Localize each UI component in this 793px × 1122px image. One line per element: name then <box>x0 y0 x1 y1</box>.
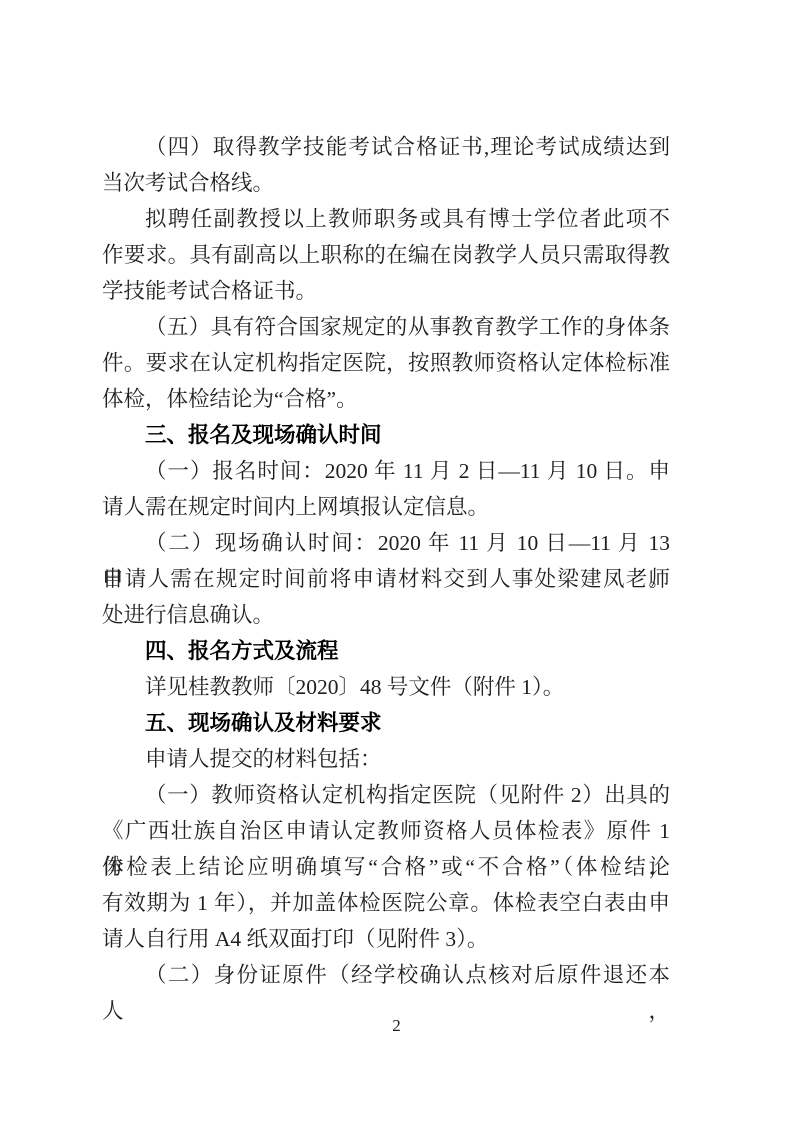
text-line: 拟聘任副教授以上教师职务或具有博士学位者此项不 <box>102 201 670 237</box>
text-line: （四）取得教学技能考试合格证书,理论考试成绩达到 <box>102 129 670 165</box>
text-line: 处进行信息确认。 <box>102 597 670 633</box>
text-line: 作要求。具有副高以上职称的在编在岗教学人员只需取得教 <box>102 237 670 273</box>
text-line: 学技能考试合格证书。 <box>102 273 670 309</box>
text-line: （一）教师资格认定机构指定医院（见附件 2）出具的 <box>102 777 670 813</box>
text-line: 当次考试合格线。 <box>102 165 670 201</box>
text-line: （二）身份证原件（经学校确认点核对后原件退还本人， <box>102 957 670 993</box>
text-line: 《广西壮族自治区申请认定教师资格人员体检表》原件 1 份， <box>102 813 670 849</box>
text-line: （五）具有符合国家规定的从事教育教学工作的身体条 <box>102 309 670 345</box>
section-heading: 三、报名及现场确认时间 <box>102 417 670 453</box>
text-line: 请人需在规定时间内上网填报认定信息。 <box>102 489 670 525</box>
text-line: 体检，体检结论为“合格”。 <box>102 381 670 417</box>
text-line: 请人自行用 A4 纸双面打印（见附件 3）。 <box>102 921 670 957</box>
section-heading: 五、现场确认及材料要求 <box>102 705 670 741</box>
text-line: 体检表上结论应明确填写“合格”或“不合格”（体检结论 <box>102 849 670 885</box>
text-line: 申请人提交的材料包括： <box>102 741 670 777</box>
text-line: 件。要求在认定机构指定医院，按照教师资格认定体检标准 <box>102 345 670 381</box>
text-line: 有效期为 1 年），并加盖体检医院公章。体检表空白表由申 <box>102 885 670 921</box>
document-body: （四）取得教学技能考试合格证书,理论考试成绩达到当次考试合格线。拟聘任副教授以上… <box>102 129 670 993</box>
document-page: （四）取得教学技能考试合格证书,理论考试成绩达到当次考试合格线。拟聘任副教授以上… <box>0 0 793 1122</box>
section-heading: 四、报名方式及流程 <box>102 633 670 669</box>
text-line: 详见桂教教师〔2020〕48 号文件（附件 1）。 <box>102 669 670 705</box>
page-number: 2 <box>0 1016 793 1036</box>
text-line: 申请人需在规定时间前将申请材料交到人事处梁建凤老师 <box>102 561 670 597</box>
text-line: （一）报名时间：2020 年 11 月 2 日—11 月 10 日。申 <box>102 453 670 489</box>
text-line: （二）现场确认时间：2020 年 11 月 10 日—11 月 13 日。 <box>102 525 670 561</box>
